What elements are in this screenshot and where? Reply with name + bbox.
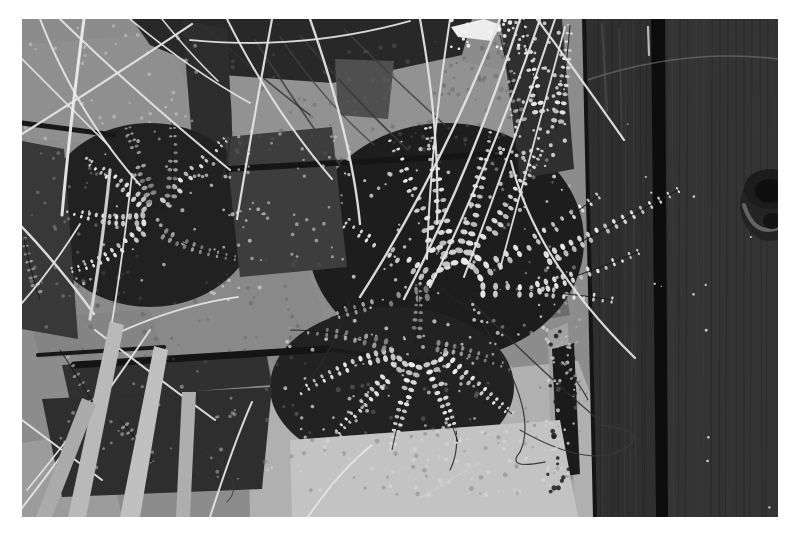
- photograph-canvas: [22, 19, 778, 517]
- print-border: [0, 0, 800, 540]
- photograph: [22, 19, 778, 517]
- wooden-post: [578, 19, 778, 517]
